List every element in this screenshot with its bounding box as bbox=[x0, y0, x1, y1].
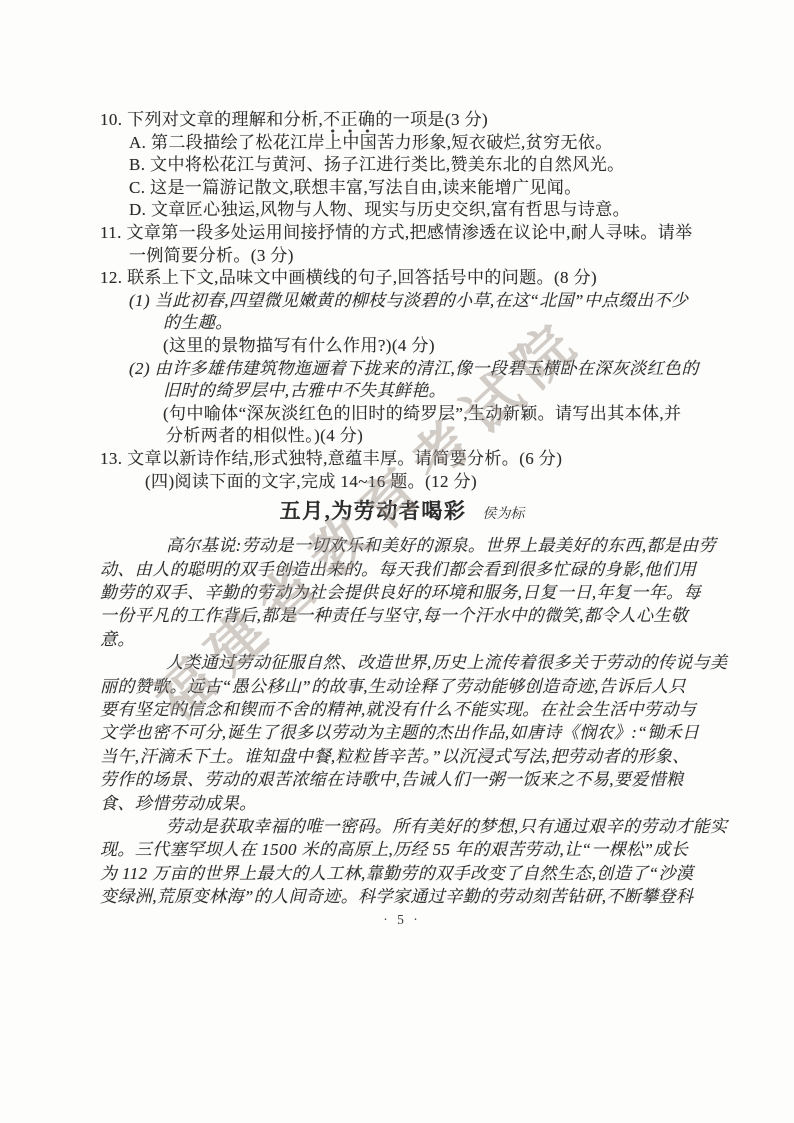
text-line: 一例简要分析。(3 分) bbox=[100, 245, 704, 268]
text-line: 动、由人的聪明的双手创造出来的。每天我们都会看到很多忙碌的身影,他们用 bbox=[100, 558, 704, 581]
text-line: (1) 当此初春,四望微见嫩黄的柳枝与淡碧的小草,在这“北国”中点缀出不少 bbox=[100, 290, 704, 313]
text-line: 劳作的场景、劳动的艰苦浓缩在诗歌中,告诫人们一粥一饭来之不易,要爱惜粮 bbox=[100, 768, 704, 791]
text-line: D. 文章匠心独运,风物与人物、现实与历史交织,富有哲思与诗意。 bbox=[100, 199, 704, 222]
passage-author: 侯为标 bbox=[482, 507, 524, 522]
text-line: (2) 由许多雄伟建筑物迤逦着下拢来的清江,像一段碧玉横卧在深灰淡红色的 bbox=[100, 358, 704, 381]
text-line: 人类通过劳动征服自然、改造世界,历史上流传着很多关于劳动的传说与美 bbox=[100, 651, 704, 674]
text-line: 为 112 万亩的世界上最大的人工林,靠勤劳的双手改变了自然生态,创造了“沙漠 bbox=[100, 862, 704, 885]
text-line: A. 第二段描绘了松花江岸上中国苦力形象,短衣破烂,贫穷无依。 bbox=[100, 132, 704, 155]
text-line: 10. 下列对文章的理解和分析,不正确的一项是(3 分) bbox=[100, 109, 704, 132]
text-line: 的生趣。 bbox=[100, 312, 704, 335]
text-line: B. 文中将松花江与黄河、扬子江进行类比,赞美东北的自然风光。 bbox=[100, 154, 704, 177]
text-line: 当午,汗滴禾下土。谁知盘中餐,粒粒皆辛苦。”以沉浸式写法,把劳动者的形象、 bbox=[100, 745, 704, 768]
text-line: (这里的景物描写有什么作用?)(4 分) bbox=[100, 335, 704, 358]
question-section: 10. 下列对文章的理解和分析,不正确的一项是(3 分)A. 第二段描绘了松花江… bbox=[100, 0, 704, 493]
text-line: 高尔基说:劳动是一切欢乐和美好的源泉。世界上最美好的东西,都是由劳 bbox=[100, 534, 704, 557]
text-line: 一份平凡的工作背后,都是一种责任与坚守,每一个汗水中的微笑,都令人心生敬 bbox=[100, 604, 704, 627]
text-line: 12. 联系上下文,品味文中画横线的句子,回答括号中的问题。(8 分) bbox=[100, 267, 704, 290]
line-segment: 的一项是(3 分) bbox=[375, 110, 488, 129]
passage-title: 五月,为劳动者喝彩 bbox=[280, 499, 467, 523]
text-line: 要有坚定的信念和锲而不舍的精神,就没有什么不能实现。在社会生活中劳动与 bbox=[100, 698, 704, 721]
text-line: 劳动是获取幸福的唯一密码。所有美好的梦想,只有通过艰辛的劳动才能实 bbox=[100, 815, 704, 838]
page-content: 10. 下列对文章的理解和分析,不正确的一项是(3 分)A. 第二段描绘了松花江… bbox=[100, 0, 704, 909]
text-line: 13. 文章以新诗作结,形式独特,意蕴丰厚。请简要分析。(6 分) bbox=[100, 448, 704, 471]
line-segment: 10. 下列对文章的理解和分析, bbox=[100, 110, 323, 129]
text-line: 旧时的绮罗层中,古雅中不失其鲜艳。 bbox=[100, 380, 704, 403]
text-line: 文学也密不可分,诞生了很多以劳动为主题的杰出作品,如唐诗《悯农》:“锄禾日 bbox=[100, 721, 704, 744]
text-line: 现。三代塞罕坝人在 1500 米的高原上,历经 55 年的艰苦劳动,让“一棵松”… bbox=[100, 838, 704, 861]
text-line: 食、珍惜劳动成果。 bbox=[100, 792, 704, 815]
text-line: (句中喻体“深灰淡红色的旧时的绮罗层”,生动新颖。请写出其本体,并 bbox=[100, 403, 704, 426]
text-line: 分析两者的相似性。)(4 分) bbox=[100, 425, 704, 448]
text-line: C. 这是一篇游记散文,联想丰富,写法自由,读来能增广见闻。 bbox=[100, 177, 704, 200]
page-number: · 5 · bbox=[100, 912, 704, 928]
text-line: 丽的赞歌。远古“愚公移山”的故事,生动诠释了劳动能够创造奇迹,告诉后人只 bbox=[100, 675, 704, 698]
text-line: (四)阅读下面的文字,完成 14~16 题。(12 分) bbox=[100, 471, 704, 494]
emphasized-text: 不正确 bbox=[323, 110, 375, 134]
exam-page: 10. 下列对文章的理解和分析,不正确的一项是(3 分)A. 第二段描绘了松花江… bbox=[0, 0, 794, 1123]
passage-section: 高尔基说:劳动是一切欢乐和美好的源泉。世界上最美好的东西,都是由劳动、由人的聪明… bbox=[100, 534, 704, 909]
text-line: 意。 bbox=[100, 628, 704, 651]
text-line: 变绿洲,荒原变林海”的人间奇迹。科学家通过辛勤的劳动刻苦钻研,不断攀登科 bbox=[100, 885, 704, 908]
text-line: 勤劳的双手、辛勤的劳动为社会提供良好的环境和服务,日复一日,年复一年。每 bbox=[100, 581, 704, 604]
passage-title-row: 五月,为劳动者喝彩侯为标 bbox=[100, 496, 704, 527]
text-line: 11. 文章第一段多处运用间接抒情的方式,把感情渗透在议论中,耐人寻味。请举 bbox=[100, 222, 704, 245]
